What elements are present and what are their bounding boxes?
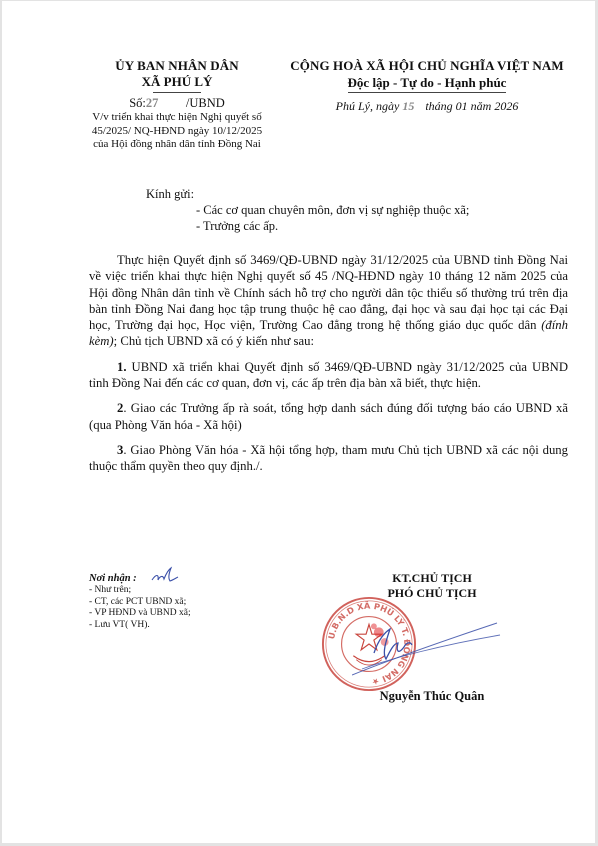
authority-name-line1: ỦY BAN NHÂN DÂN bbox=[62, 58, 292, 74]
date-day: 15 bbox=[402, 99, 422, 114]
document-body: Thực hiện Quyết định số 3469/QĐ-UBND ngà… bbox=[89, 252, 568, 475]
initials-mark-icon bbox=[150, 566, 180, 586]
distribution-item: - CT, các PCT UBND xã; bbox=[89, 597, 191, 609]
authority-name-line2: XÃ PHÚ LÝ bbox=[62, 74, 292, 90]
signer-name: Nguyễn Thúc Quân bbox=[342, 689, 522, 704]
number-value: 27 bbox=[146, 96, 186, 111]
intro-paragraph: Thực hiện Quyết định số 3469/QĐ-UBND ngà… bbox=[89, 252, 568, 350]
nation-title: CỘNG HOÀ XÃ HỘI CHỦ NGHĨA VIỆT NAM bbox=[270, 58, 584, 74]
item-text: . Giao Phòng Văn hóa - Xã hội tổng hợp, … bbox=[89, 443, 568, 473]
item-text: . Giao các Trưởng ấp rà soát, tổng hợp d… bbox=[89, 401, 568, 431]
recipient-item: - Các cơ quan chuyên môn, đơn vị sự nghi… bbox=[146, 202, 469, 218]
recipients-label: Kính gửi: bbox=[146, 186, 469, 202]
document-number: Số:27/UBND bbox=[62, 96, 292, 111]
directive-item-1: 1. UBND xã triển khai Quyết định số 3469… bbox=[89, 359, 568, 392]
number-prefix: Số: bbox=[129, 96, 146, 110]
number-suffix: /UBND bbox=[186, 96, 225, 110]
motto: Độc lập - Tự do - Hạnh phúc bbox=[348, 74, 507, 93]
recipients-block: Kính gửi: - Các cơ quan chuyên môn, đơn … bbox=[146, 186, 469, 234]
directive-item-2: 2. Giao các Trưởng ấp rà soát, tổng hợp … bbox=[89, 400, 568, 433]
distribution-item: - Lưu VT( VH). bbox=[89, 620, 191, 632]
item-text: UBND xã triển khai Quyết định số 3469/QĐ… bbox=[89, 360, 568, 390]
document-subject: V/v triển khai thực hiện Nghị quyết số 4… bbox=[62, 111, 292, 152]
intro-text: Thực hiện Quyết định số 3469/QĐ-UBND ngà… bbox=[89, 253, 568, 332]
recipient-item: - Trưởng các ấp. bbox=[146, 218, 469, 234]
national-header-block: CỘNG HOÀ XÃ HỘI CHỦ NGHĨA VIỆT NAM Độc l… bbox=[270, 58, 584, 114]
subject-line: của Hội đồng nhân dân tỉnh Đồng Nai bbox=[62, 138, 292, 152]
distribution-item: - Như trên; bbox=[89, 585, 191, 597]
directive-item-3: 3. Giao Phòng Văn hóa - Xã hội tổng hợp,… bbox=[89, 442, 568, 475]
header-divider bbox=[153, 92, 201, 93]
subject-line: V/v triển khai thực hiện Nghị quyết số bbox=[62, 111, 292, 125]
subject-line: 45/2025/ NQ-HĐND ngày 10/12/2025 bbox=[62, 125, 292, 139]
distribution-item: - VP HĐND và UBND xã; bbox=[89, 608, 191, 620]
intro-text-end: ; Chủ tịch UBND xã có ý kiến như sau: bbox=[114, 334, 314, 348]
signer-authority: KT.CHỦ TỊCH bbox=[342, 571, 522, 586]
issuing-authority-block: ỦY BAN NHÂN DÂN XÃ PHÚ LÝ Số:27/UBND V/v… bbox=[62, 58, 292, 152]
date-prefix: Phú Lý, ngày bbox=[336, 99, 400, 113]
handwritten-signature-icon bbox=[352, 613, 502, 683]
issue-date: Phú Lý, ngày 15 tháng 01 năm 2026 bbox=[270, 99, 584, 114]
document-page: ỦY BAN NHÂN DÂN XÃ PHÚ LÝ Số:27/UBND V/v… bbox=[2, 1, 595, 843]
date-suffix: tháng 01 năm 2026 bbox=[422, 99, 518, 113]
item-number: 1. bbox=[117, 360, 127, 374]
